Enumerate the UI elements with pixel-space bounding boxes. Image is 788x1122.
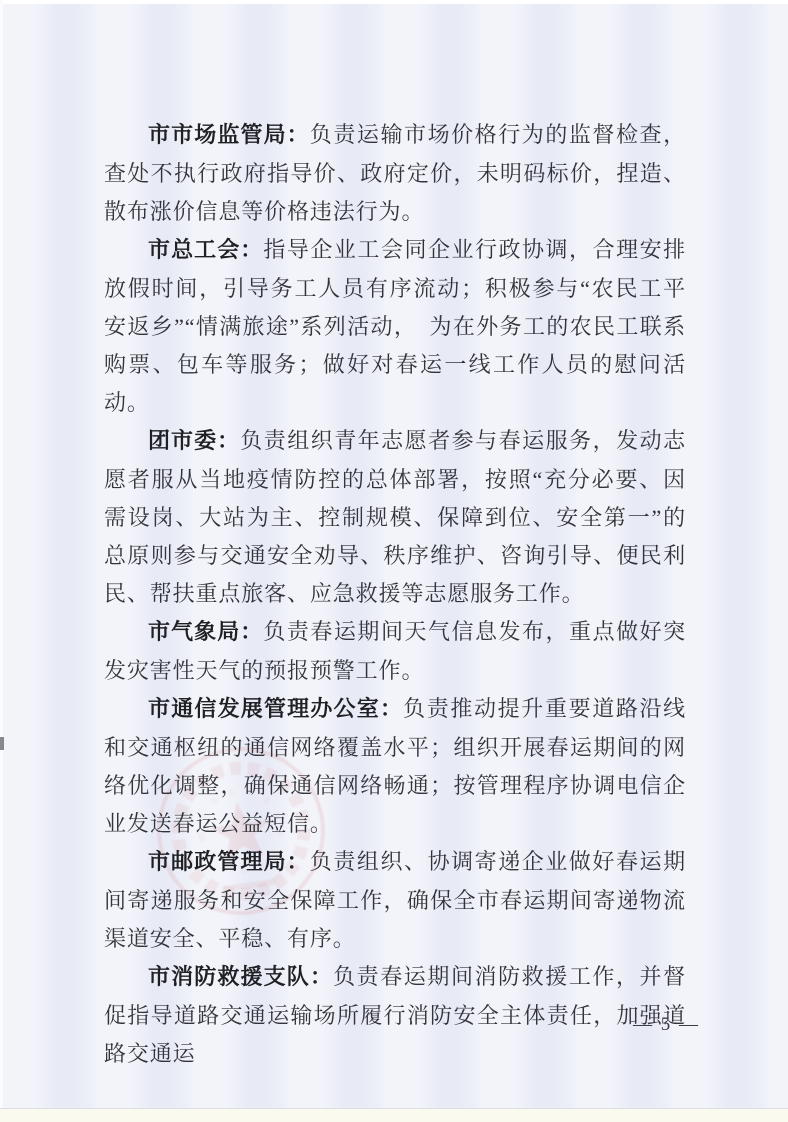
paragraph: 市市场监管局：负责运输市场价格行为的监督检查，查处不执行政府指导价、政府定价，未… bbox=[104, 116, 686, 231]
paragraph: 市总工会：指导企业工会同企业行政协调，合理安排放假时间，引导务工人员有序流动；积… bbox=[104, 231, 686, 422]
scan-artifact bbox=[0, 737, 4, 750]
scan-edge-left bbox=[0, 0, 3, 1122]
paragraph: 团市委：负责组织青年志愿者参与春运服务，发动志愿者服从当地疫情防控的总体部署，按… bbox=[104, 422, 686, 613]
org-name: 市气象局： bbox=[148, 620, 263, 645]
page-number: — 5 — bbox=[0, 1014, 700, 1036]
paragraph-text: 负责组织青年志愿者参与春运服务，发动志愿者服从当地疫情防控的总体部署，按照“充分… bbox=[104, 428, 686, 606]
org-name: 市总工会： bbox=[148, 238, 263, 263]
paragraph: 市邮政管理局：负责组织、协调寄递企业做好春运期间寄递服务和安全保障工作，确保全市… bbox=[104, 843, 686, 958]
scan-edge-top bbox=[0, 0, 788, 4]
paragraph-text: 指导企业工会同企业行政协调，合理安排放假时间，引导务工人员有序流动；积极参与“农… bbox=[104, 237, 686, 415]
org-name: 市邮政管理局： bbox=[148, 850, 310, 875]
scanned-document-page: 市市场监管局：负责运输市场价格行为的监督检查，查处不执行政府指导价、政府定价，未… bbox=[0, 0, 788, 1122]
document-body: 市市场监管局：负责运输市场价格行为的监督检查，查处不执行政府指导价、政府定价，未… bbox=[104, 116, 686, 1073]
paragraph: 市通信发展管理办公室：负责推动提升重要道路沿线和交通枢纽的通信网络覆盖水平；组织… bbox=[104, 690, 686, 843]
scan-edge-bottom bbox=[0, 1108, 788, 1122]
paragraph: 市气象局：负责春运期间天气信息发布，重点做好突发灾害性天气的预报预警工作。 bbox=[104, 613, 686, 690]
org-name: 市市场监管局： bbox=[148, 123, 310, 148]
org-name: 团市委： bbox=[148, 429, 240, 454]
org-name: 市消防救援支队： bbox=[148, 965, 333, 990]
org-name: 市通信发展管理办公室： bbox=[148, 697, 403, 722]
